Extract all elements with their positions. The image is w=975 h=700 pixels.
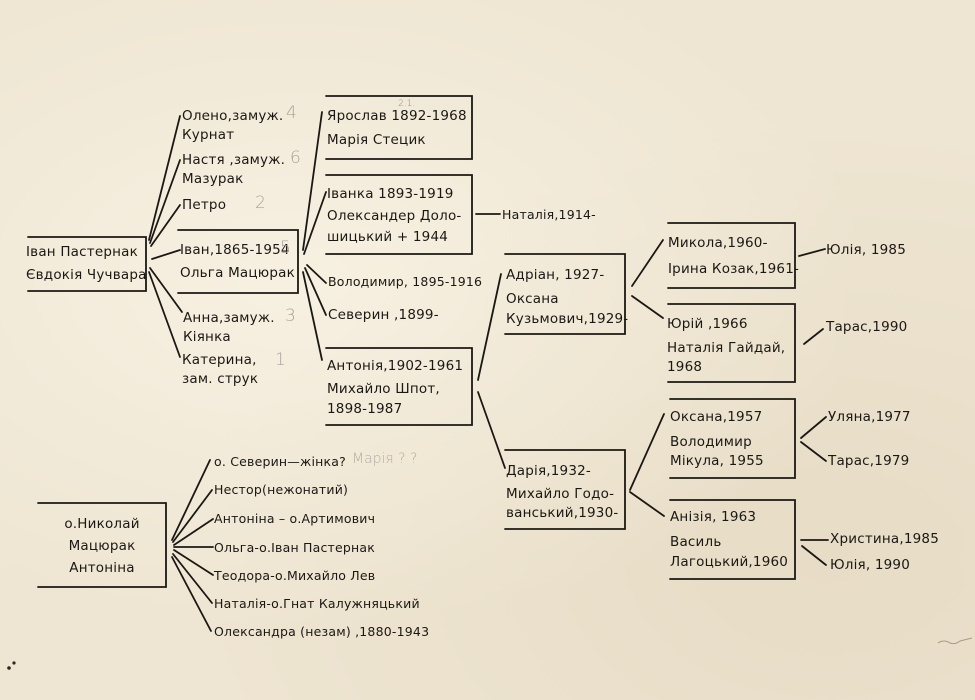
ivanka-line2: Олександер Доло- — [327, 208, 462, 224]
anizia-line2: Василь — [670, 534, 722, 550]
natalia-1914: Наталія,1914- — [502, 207, 596, 223]
antonia-line1: Антонія,1902-1961 — [327, 358, 463, 374]
yulia-1985: Юлія, 1985 — [826, 242, 906, 258]
yaroslav-line1: Ярослав 1892-1968 — [327, 108, 467, 124]
child-olena-line1: Олено,замуж. — [182, 108, 283, 124]
child-kateryna-line1: Катерина, — [182, 352, 257, 368]
oksana-1957-line3: Мікула, 1955 — [670, 453, 764, 469]
matsiurak-child-natalia: Наталія-о.Гнат Калужняцький — [214, 596, 420, 612]
yurii-line1: Юрій ,1966 — [667, 316, 748, 332]
pencil-note-nastia: 6 — [290, 148, 301, 168]
adrian-line3: Кузьмович,1929- — [506, 311, 628, 327]
matsiurak-line2: Мацюрак — [40, 538, 164, 554]
yurii-line2: Наталія Гайдай, — [667, 340, 785, 356]
pencil-note-ivan: 5 — [280, 238, 291, 258]
volodymyr-1895: Володимир, 1895-1916 — [328, 274, 482, 290]
daria-line2: Михайло Годо- — [506, 486, 614, 502]
matsiurak-child-nestor: Нестор(нежонатий) — [214, 482, 348, 498]
matsiurak-child-teodora: Теодора-о.Михайло Лев — [214, 568, 375, 584]
matsiurak-line1: о.Николай — [40, 516, 164, 532]
root-couple-husband: Іван Пастернак — [26, 244, 138, 260]
antonia-line3: 1898-1987 — [327, 401, 402, 417]
anizia-line3: Лагоцький,1960 — [670, 554, 788, 570]
matsiurak-child-oleksandra: Олександра (незам) ,1880-1943 — [214, 624, 429, 640]
matsiurak-child-severyn: о. Северин—жінка? — [214, 454, 346, 470]
child-ivan-line2: Ольга Мацюрак — [180, 265, 295, 281]
pencil-note-severyn-wife: Марія ? ? — [352, 451, 417, 467]
taras-1979: Тарас,1979 — [828, 453, 909, 469]
taras-1990: Тарас,1990 — [826, 319, 907, 335]
root-couple-wife: Євдокія Чучвара — [26, 267, 147, 283]
yulia-1990: Юлія, 1990 — [830, 557, 910, 573]
matsiurak-child-antonina: Антоніна – о.Артимович — [214, 511, 375, 527]
matsiurak-line3: Антоніна — [40, 560, 164, 576]
oksana-1957-line1: Оксана,1957 — [670, 409, 762, 425]
child-nastia-line1: Настя ,замуж. — [182, 152, 285, 168]
mykola-line1: Микола,1960- — [668, 235, 768, 251]
matsiurak-child-olga: Ольга-о.Іван Пастернак — [214, 540, 375, 556]
child-anna-line2: Кіянка — [183, 329, 231, 345]
child-kateryna-line2: зам. струк — [182, 371, 258, 387]
oksana-1957-line2: Володимир — [670, 434, 752, 450]
daria-line1: Дарія,1932- — [506, 463, 591, 479]
pencil-note-petro: 2 — [255, 193, 266, 213]
pencil-note-kateryna: 1 — [275, 350, 286, 370]
daria-line3: ванський,1930- — [506, 505, 618, 521]
child-ivan-line1: Іван,1865-1954 — [180, 242, 290, 258]
mykola-line2: Ірина Козак,1961- — [668, 261, 799, 277]
yaroslav-line2: Марія Стецик — [327, 132, 426, 148]
severyn-1899: Северин ,1899- — [328, 307, 439, 323]
pencil-note-olena: 4 — [286, 103, 297, 123]
yurii-line3: 1968 — [667, 359, 702, 375]
child-anna-line1: Анна,замуж. — [183, 310, 275, 326]
child-petro: Петро — [182, 197, 226, 213]
uliana-1977: Уляна,1977 — [828, 409, 911, 425]
anizia-line1: Анізія, 1963 — [670, 509, 756, 525]
adrian-line1: Адріан, 1927- — [506, 267, 604, 283]
ivanka-line1: Іванка 1893-1919 — [327, 186, 454, 202]
pencil-note-anna: 3 — [285, 306, 296, 326]
tree-connector-lines — [0, 0, 975, 700]
child-olena-line2: Курнат — [182, 127, 234, 143]
child-nastia-line2: Мазурак — [182, 171, 243, 187]
ivanka-line3: шицький + 1944 — [327, 229, 448, 245]
antonia-line2: Михайло Шпот, — [327, 381, 440, 397]
khrystyna-1985: Христина,1985 — [830, 531, 939, 547]
adrian-line2: Оксана — [506, 291, 559, 307]
